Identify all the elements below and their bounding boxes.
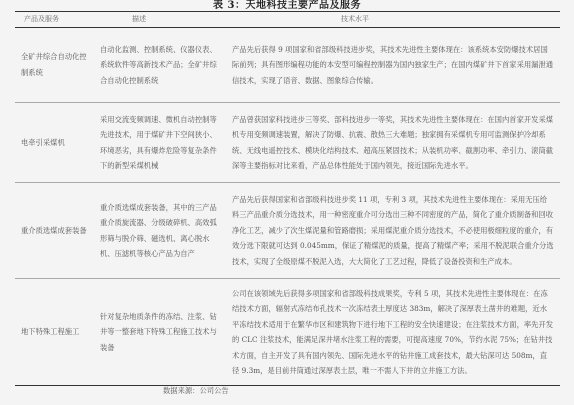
products-table: 产品及服务 描述 技术水平 全矿井综合自动化控制系统 自动化监测、控制系统、仪器… bbox=[15, 11, 560, 386]
description-cell: 自动化监测、控制系统、仪器仪表、系统软件等高新技术产品；全矿井综合自动化控制系统 bbox=[88, 28, 222, 102]
table-row: 重介质选煤成套装备 重介质选煤成套装备，其中的三产品重介质旋流器、分级破碎机、高… bbox=[15, 183, 560, 279]
product-cell: 全矿井综合自动化控制系统 bbox=[15, 28, 88, 102]
table-header: 产品及服务 描述 技术水平 bbox=[15, 12, 560, 28]
table-row: 全矿井综合自动化控制系统 自动化监测、控制系统、仪器仪表、系统软件等高新技术产品… bbox=[15, 28, 560, 103]
table-row: 电牵引采煤机 采用交流变频调速、微机自动控制等先进技术，用于煤矿井下空间狭小、环… bbox=[15, 103, 560, 183]
header-tech-level: 技术水平 bbox=[228, 12, 560, 27]
tech-level-cell: 产品曾获国家科技进步三等奖、部科技进步一等奖，其技术先进性主要体现在：在国内首家… bbox=[222, 103, 560, 182]
description-cell: 重介质选煤成套装备，其中的三产品重介质旋流器、分级破碎机、高效弧形筛与脱介筛、磁… bbox=[88, 183, 222, 278]
header-description: 描述 bbox=[108, 12, 228, 27]
header-product: 产品及服务 bbox=[15, 12, 108, 27]
product-cell: 地下特殊工程施工 bbox=[15, 279, 88, 385]
data-source-note: 数据来源：公司公告 bbox=[163, 386, 229, 396]
tech-level-cell: 产品先后获得 9 项国家和省部级科技进步奖，其技术先进性主要体现在：该系统本安防… bbox=[222, 28, 560, 102]
table-title: 表 3：天地科技主要产品及服务 bbox=[0, 0, 574, 11]
product-cell: 重介质选煤成套装备 bbox=[15, 183, 88, 278]
tech-level-cell: 产品先后获得国家和省部级科技进步奖 11 项，专利 3 项，其技术先进性主要体现… bbox=[222, 183, 560, 278]
table-row: 地下特殊工程施工 针对复杂地质条件的冻结、注浆、钻井等一整套地下特殊工程施工技术… bbox=[15, 279, 560, 385]
product-cell: 电牵引采煤机 bbox=[15, 103, 88, 182]
description-cell: 针对复杂地质条件的冻结、注浆、钻井等一整套地下特殊工程施工技术与装备 bbox=[88, 279, 222, 385]
description-cell: 采用交流变频调速、微机自动控制等先进技术，用于煤矿井下空间狭小、环境恶劣，具有爆… bbox=[88, 103, 222, 182]
tech-level-cell: 公司在该领域先后获得多项国家和省部级科技成果奖，专利 5 项，其技术先进性主要体… bbox=[222, 279, 560, 385]
